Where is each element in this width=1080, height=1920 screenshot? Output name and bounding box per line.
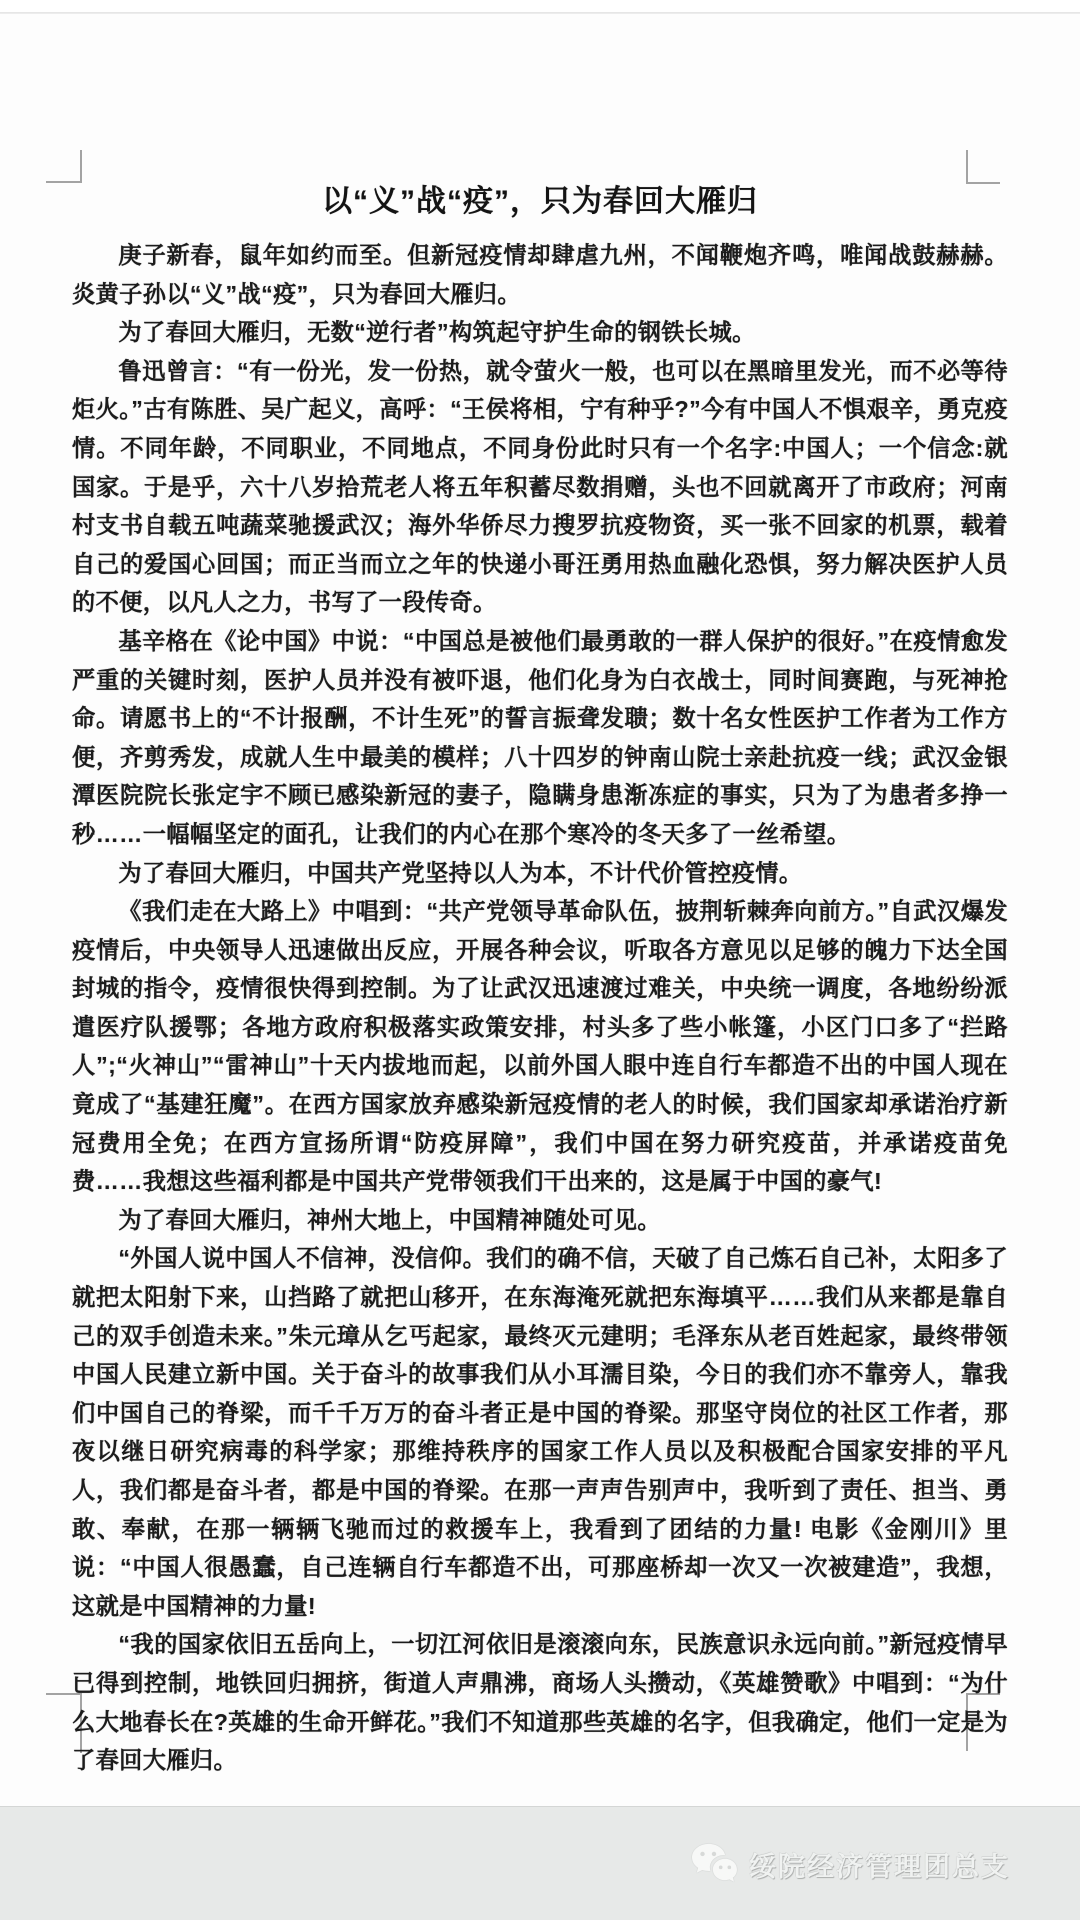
essay-paragraph-4: 基辛格在《论中国》中说：“中国总是被他们最勇敢的一群人保护的很好。”在疫情愈发严… [72,622,1008,854]
essay-paragraph-2: 为了春回大雁归，无数“逆行者”构筑起守护生命的钢铁长城。 [72,313,1008,352]
watermark-account-name: 绥院经济管理团总支 [749,1845,1010,1884]
essay-paragraph-8: “外国人说中国人不信神，没信仰。我们的确不信，天破了自己炼石自己补，太阳多了就把… [72,1239,1008,1625]
wechat-icon [689,1842,739,1886]
essay-paragraph-1: 庚子新春，鼠年如约而至。但新冠疫情却肆虐九州，不闻鞭炮齐鸣，唯闻战鼓赫赫。炎黄子… [72,236,1008,313]
text-boundary-mark-top-right [966,150,1000,184]
document-page: 以“义”战“疫”，只为春回大雁归 庚子新春，鼠年如约而至。但新冠疫情却肆虐九州，… [0,14,1080,1806]
essay-content: 以“义”战“疫”，只为春回大雁归 庚子新春，鼠年如约而至。但新冠疫情却肆虐九州，… [72,180,1008,1840]
essay-paragraph-3: 鲁迅曾言：“有一份光，发一份热，就令萤火一般，也可以在黑暗里发光，而不必等待炬火… [72,352,1008,622]
essay-title: 以“义”战“疫”，只为春回大雁归 [72,180,1008,224]
essay-paragraph-6: 《我们走在大路上》中唱到：“共产党领导革命队伍，披荆斩棘奔向前方。”自武汉爆发疫… [72,892,1008,1201]
essay-paragraph-9: “我的国家依旧五岳向上，一切江河依旧是滚滚向东，民族意识永远向前。”新冠疫情早已… [72,1625,1008,1779]
text-boundary-mark-top-left [46,150,82,183]
essay-paragraph-5: 为了春回大雁归，中国共产党坚持以人为本，不计代价管控疫情。 [72,854,1008,893]
wechat-watermark-band: 绥院经济管理团总支 [0,1806,1080,1920]
essay-body: 庚子新春，鼠年如约而至。但新冠疫情却肆虐九州，不闻鞭炮齐鸣，唯闻战鼓赫赫。炎黄子… [72,236,1008,1780]
account-watermark: 绥院经济管理团总支 [689,1842,1080,1886]
essay-paragraph-7: 为了春回大雁归，神州大地上，中国精神随处可见。 [72,1201,1008,1240]
